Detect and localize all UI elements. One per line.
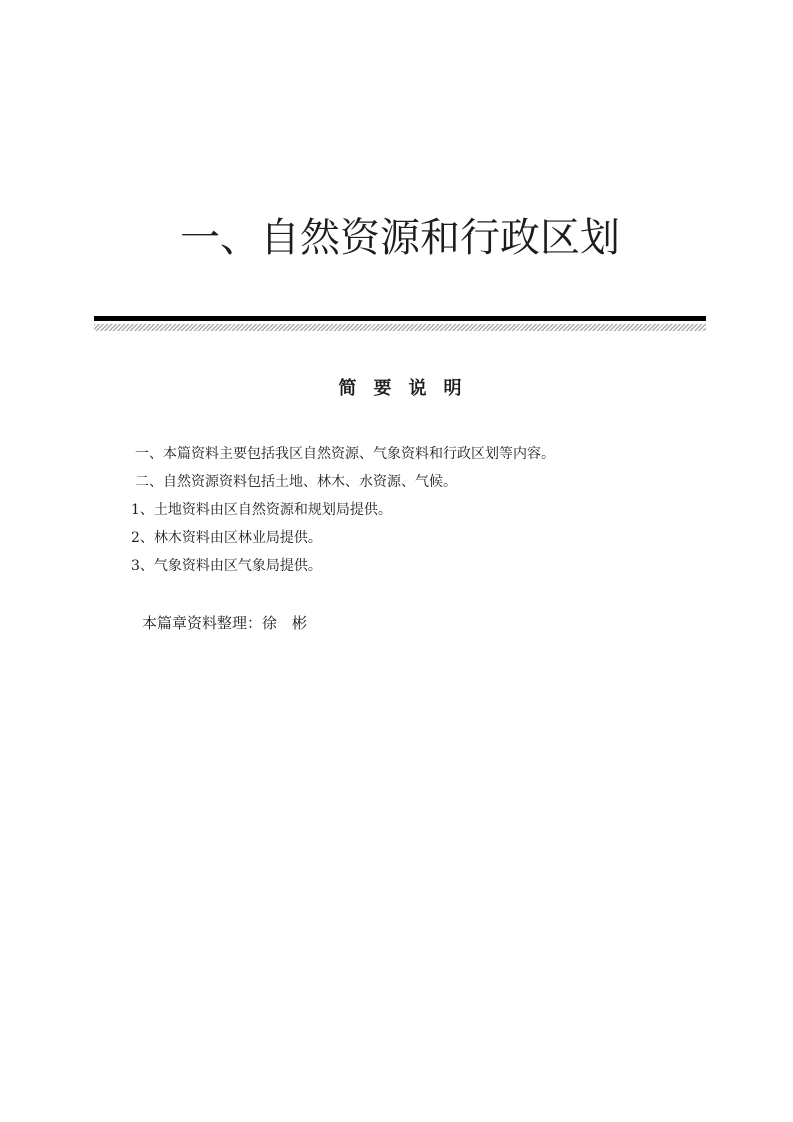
- note-line-2: 二、自然资源资料包括土地、林木、水资源、气候。: [94, 468, 734, 496]
- note-line-3: 1、土地资料由区自然资源和规划局提供。: [94, 496, 734, 524]
- note-line-4: 2、林木资料由区林业局提供。: [94, 524, 734, 552]
- note-line-5: 3、气象资料由区气象局提供。: [94, 552, 734, 580]
- note-line-1: 一、本篇资料主要包括我区自然资源、气象资料和行政区划等内容。: [94, 440, 734, 468]
- signature-line: 本篇章资料整理：徐 彬: [142, 612, 307, 634]
- notes-block: 一、本篇资料主要包括我区自然资源、气象资料和行政区划等内容。 二、自然资源资料包…: [94, 440, 734, 580]
- divider-hatch-band: [94, 324, 706, 331]
- section-heading: 简要说明: [94, 376, 706, 402]
- document-page: 一、自然资源和行政区划 简要说明 一、本篇资料主要包括我区自然资源、气象资料和行…: [0, 0, 793, 1122]
- page-title: 一、自然资源和行政区划: [94, 214, 706, 262]
- section-divider: [94, 316, 706, 331]
